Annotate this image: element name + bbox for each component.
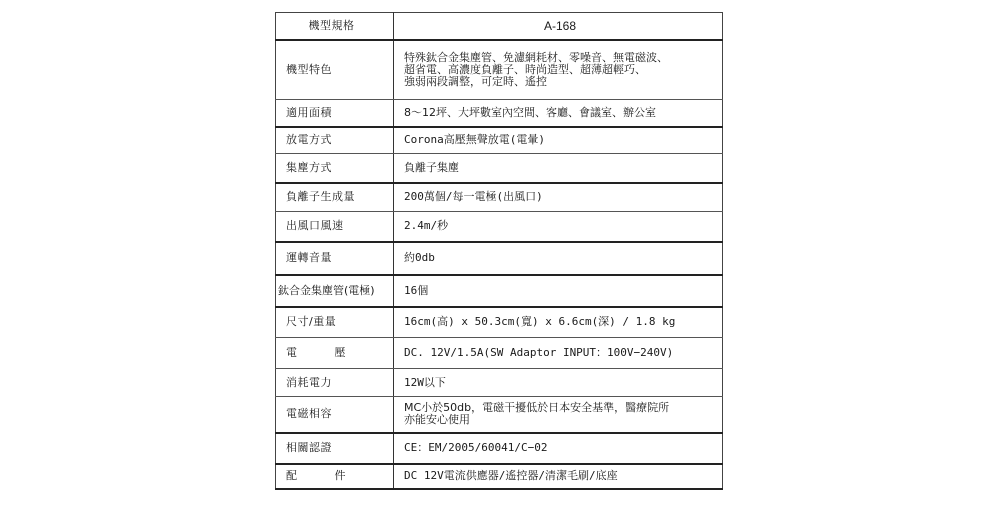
spec-value: A-168	[394, 13, 723, 40]
label-part: 件	[335, 470, 347, 482]
spec-value: 特殊鈦合金集塵管、免濾網耗材、零噪音、無電磁波、 超省電、高濃度負離子、時尚造型…	[394, 40, 723, 100]
spec-value: MC小於50db，電磁干擾低於日本安全基準，醫療院所 亦能安心使用	[394, 397, 723, 433]
spec-label: 鈦合金集塵管(電極)	[276, 275, 394, 307]
spec-value: CE：EM/2005/60041/C−02	[394, 433, 723, 464]
spec-label: 放電方式	[276, 127, 394, 154]
spec-row-air-speed: 出風口風速 2.4m/秒	[276, 212, 723, 242]
spec-value: 2.4m/秒	[394, 212, 723, 242]
spec-label: 電 壓	[276, 338, 394, 369]
spec-value-line: 特殊鈦合金集塵管、免濾網耗材、零噪音、無電磁波、	[404, 52, 716, 64]
spec-row-accessories: 配 件 DC 12V電流供應器/遙控器/清潔毛刷/底座	[276, 464, 723, 489]
spec-value: 12W以下	[394, 369, 723, 397]
spec-row-features: 機型特色 特殊鈦合金集塵管、免濾網耗材、零噪音、無電磁波、 超省電、高濃度負離子…	[276, 40, 723, 100]
spec-value: 16個	[394, 275, 723, 307]
spec-value-line: 強弱兩段調整，可定時、遙控	[404, 76, 716, 88]
spaced-label: 電 壓	[286, 347, 346, 359]
spec-row-electrodes: 鈦合金集塵管(電極) 16個	[276, 275, 723, 307]
spec-row-model: 機型規格 A-168	[276, 13, 723, 40]
label-part: 壓	[335, 347, 347, 359]
spec-label: 機型特色	[276, 40, 394, 100]
spec-label: 出風口風速	[276, 212, 394, 242]
spaced-label: 配 件	[286, 470, 346, 482]
spec-value-line: 超省電、高濃度負離子、時尚造型、超薄超輕巧、	[404, 64, 716, 76]
spec-label: 相關認證	[276, 433, 394, 464]
spec-value: DC 12V電流供應器/遙控器/清潔毛刷/底座	[394, 464, 723, 489]
spec-row-power: 消耗電力 12W以下	[276, 369, 723, 397]
spec-label: 尺寸/重量	[276, 307, 394, 338]
spec-row-size-weight: 尺寸/重量 16cm(高) x 50.3cm(寬) x 6.6cm(深) / 1…	[276, 307, 723, 338]
label-part: 電	[286, 347, 298, 359]
spec-table: 機型規格 A-168 機型特色 特殊鈦合金集塵管、免濾網耗材、零噪音、無電磁波、…	[275, 12, 723, 490]
spec-value: Corona高壓無聲放電(電暈)	[394, 127, 723, 154]
spec-row-discharge: 放電方式 Corona高壓無聲放電(電暈)	[276, 127, 723, 154]
spec-value: DC. 12V/1.5A(SW Adaptor INPUT：100V−240V)	[394, 338, 723, 369]
spec-label: 負離子生成量	[276, 183, 394, 212]
spec-row-noise: 運轉音量 約0db	[276, 242, 723, 275]
spec-value-line: 亦能安心使用	[404, 414, 716, 426]
spec-value: 負離子集塵	[394, 154, 723, 183]
spec-row-emc: 電磁相容 MC小於50db，電磁干擾低於日本安全基準，醫療院所 亦能安心使用	[276, 397, 723, 433]
spec-value: 8～12坪、大坪數室內空間、客廳、會議室、辦公室	[394, 100, 723, 127]
spec-row-ion-output: 負離子生成量 200萬個/每一電極(出風口)	[276, 183, 723, 212]
spec-label: 消耗電力	[276, 369, 394, 397]
spec-value: 200萬個/每一電極(出風口)	[394, 183, 723, 212]
spec-row-area: 適用面積 8～12坪、大坪數室內空間、客廳、會議室、辦公室	[276, 100, 723, 127]
spec-label: 適用面積	[276, 100, 394, 127]
spec-label: 集塵方式	[276, 154, 394, 183]
spec-row-certification: 相關認證 CE：EM/2005/60041/C−02	[276, 433, 723, 464]
spec-label: 配 件	[276, 464, 394, 489]
spec-label: 運轉音量	[276, 242, 394, 275]
spec-value: 約0db	[394, 242, 723, 275]
spec-value: 16cm(高) x 50.3cm(寬) x 6.6cm(深) / 1.8 kg	[394, 307, 723, 338]
label-part: 配	[286, 470, 298, 482]
spec-row-dust-collection: 集塵方式 負離子集塵	[276, 154, 723, 183]
spec-label: 機型規格	[276, 13, 394, 40]
spec-label: 電磁相容	[276, 397, 394, 433]
spec-row-voltage: 電 壓 DC. 12V/1.5A(SW Adaptor INPUT：100V−2…	[276, 338, 723, 369]
